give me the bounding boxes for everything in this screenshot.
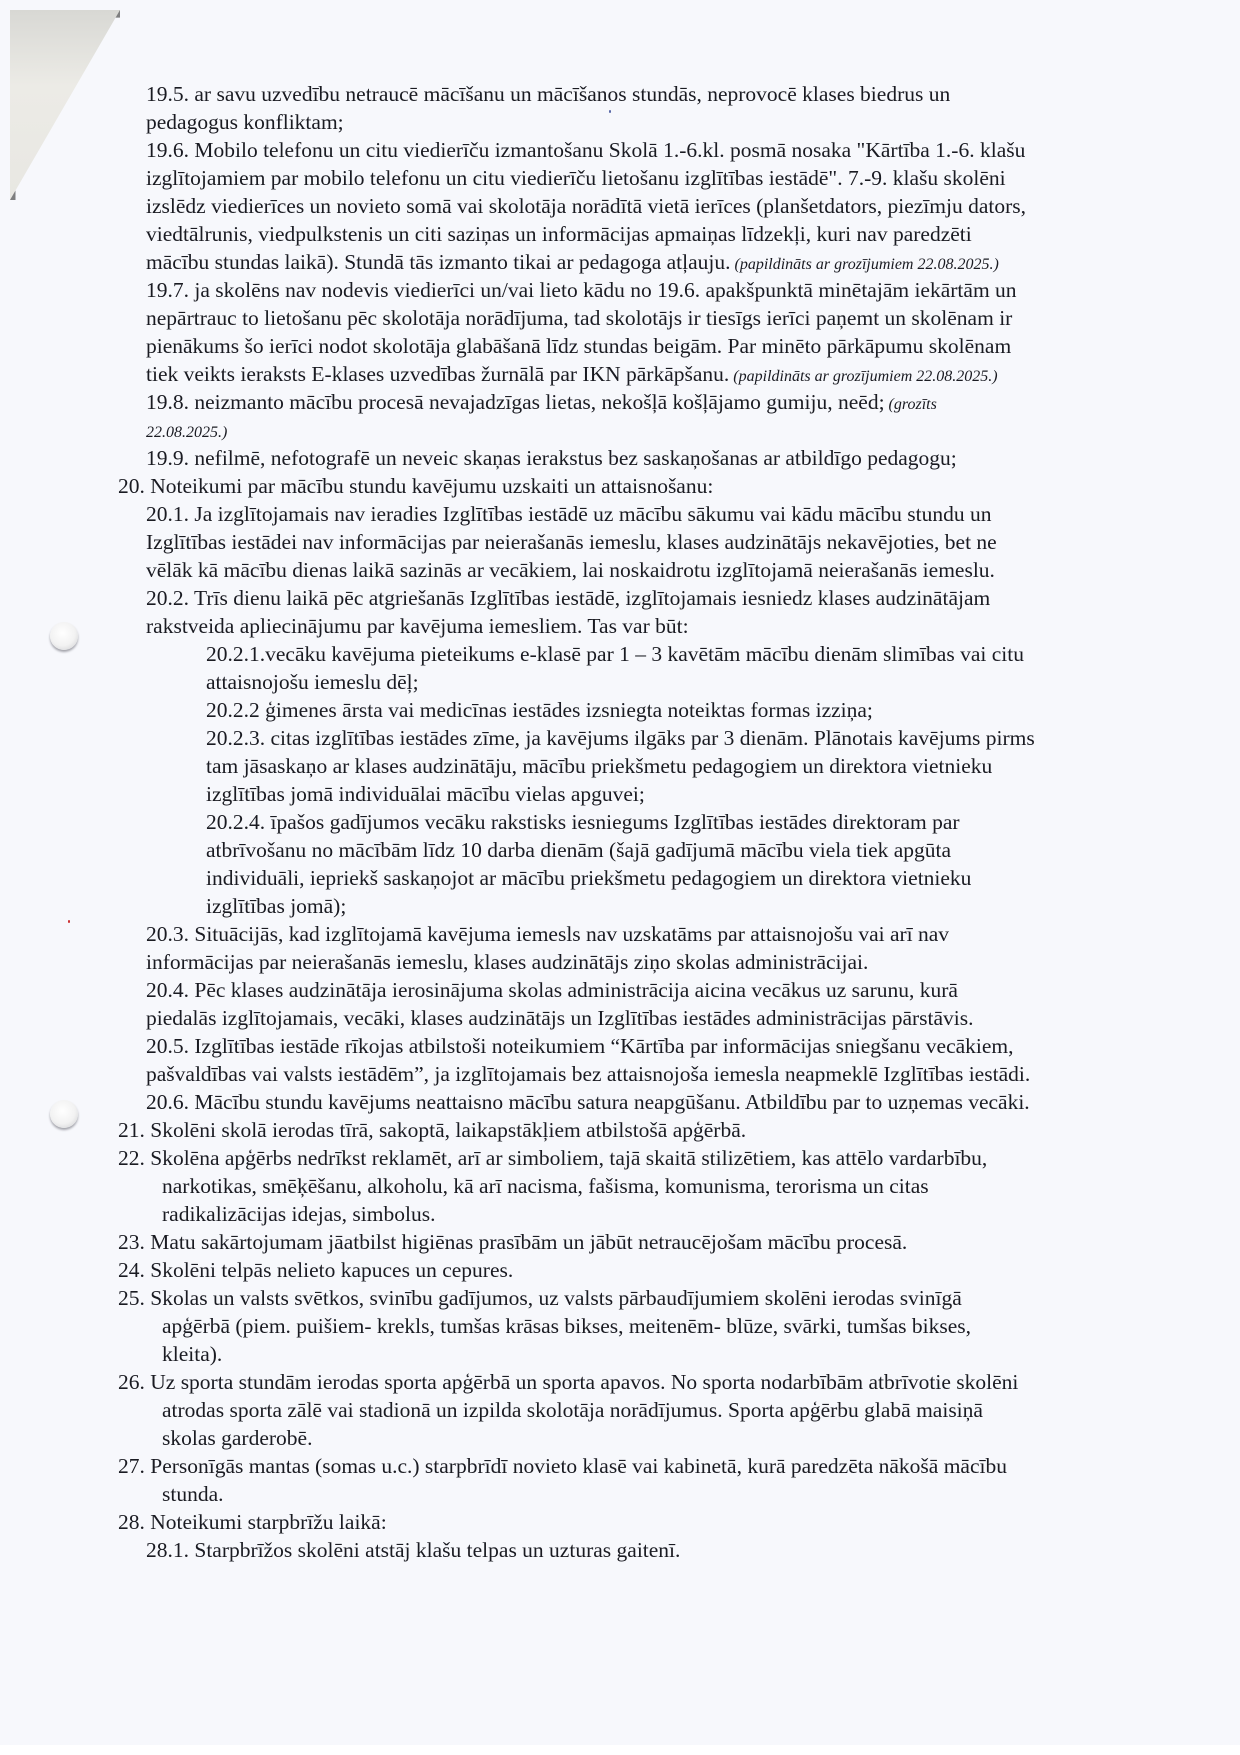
line-text: 24. Skolēni telpās nelieto kapuces un ce…	[118, 1258, 513, 1282]
text-line: 25. Skolas un valsts svētkos, svinību ga…	[118, 1284, 962, 1312]
text-line: 20.2.3. citas izglītības iestādes zīme, …	[206, 724, 1035, 752]
line-text: atrodas sporta zālē vai stadionā un izpi…	[162, 1398, 983, 1422]
line-text: pienākums šo ierīci nodot skolotāja glab…	[146, 334, 1011, 358]
line-text: tam jāsaskaņo ar klases audzinātāju, māc…	[206, 754, 992, 778]
text-line: izglītojamiem par mobilo telefonu un cit…	[146, 164, 1006, 192]
line-text: pašvaldības vai valsts iestādēm”, ja izg…	[146, 1062, 1030, 1086]
text-line: 22.08.2025.)	[146, 416, 227, 444]
line-text: radikalizācijas idejas, simbolus.	[162, 1202, 435, 1226]
line-text: 28. Noteikumi starpbrīžu laikā:	[118, 1510, 387, 1534]
text-line: 27. Personīgās mantas (somas u.c.) starp…	[118, 1452, 1007, 1480]
text-line: narkotikas, smēķēšanu, alkoholu, kā arī …	[162, 1172, 929, 1200]
line-text: 28.1. Starpbrīžos skolēni atstāj klašu t…	[146, 1538, 680, 1562]
line-text: attaisnojošu iemeslu dēļ;	[206, 670, 419, 694]
line-text: piedalās izglītojamais, vecāki, klases a…	[146, 1006, 974, 1030]
text-line: 22. Skolēna apģērbs nedrīkst reklamēt, a…	[118, 1144, 987, 1172]
line-text: mācību stundas laikā). Stundā tās izmant…	[146, 250, 731, 274]
text-line: pašvaldības vai valsts iestādēm”, ja izg…	[146, 1060, 1030, 1088]
line-text: 25. Skolas un valsts svētkos, svinību ga…	[118, 1286, 962, 1310]
text-line: nepārtrauc to lietošanu pēc skolotāja no…	[146, 304, 1012, 332]
amendment-note: (papildināts ar grozījumiem 22.08.2025.)	[731, 256, 999, 273]
line-text: individuāli, iepriekš saskaņojot ar mācī…	[206, 866, 971, 890]
line-text: 19.6. Mobilo telefonu un citu viedierīču…	[146, 138, 1025, 162]
line-text: 19.5. ar savu uzvedību netraucē mācīšanu…	[146, 82, 950, 106]
line-text: 20.2.4. īpašos gadījumos vecāku rakstisk…	[206, 810, 960, 834]
line-text: 20.2.1.vecāku kavējuma pieteikums e-klas…	[206, 642, 1024, 666]
line-text: skolas garderobē.	[162, 1426, 312, 1450]
line-text: apģērbā (piem. puišiem- krekls, tumšas k…	[162, 1314, 971, 1338]
text-line: 20.3. Situācijās, kad izglītojamā kavēju…	[146, 920, 949, 948]
text-line: skolas garderobē.	[162, 1424, 312, 1452]
text-line: 20.1. Ja izglītojamais nav ieradies Izgl…	[146, 500, 991, 528]
text-line: 23. Matu sakārtojumam jāatbilst higiēnas…	[118, 1228, 907, 1256]
line-text: pedagogus konfliktam;	[146, 110, 344, 134]
text-line: 19.7. ja skolēns nav nodevis viedierīci …	[146, 276, 1017, 304]
text-line: tam jāsaskaņo ar klases audzinātāju, māc…	[206, 752, 992, 780]
line-text: izglītības jomā);	[206, 894, 346, 918]
text-line: 19.9. nefilmē, nefotografē un neveic ska…	[146, 444, 957, 472]
line-text: 26. Uz sporta stundām ierodas sporta apģ…	[118, 1370, 1018, 1394]
line-text: informācijas par neierašanās iemeslu, kl…	[146, 950, 868, 974]
line-text: izslēdz viedierīces un novieto somā vai …	[146, 194, 1026, 218]
text-line: piedalās izglītojamais, vecāki, klases a…	[146, 1004, 974, 1032]
text-line: radikalizācijas idejas, simbolus.	[162, 1200, 435, 1228]
line-text: viedtālrunis, viedpulkstenis un citi saz…	[146, 222, 972, 246]
amendment-note: 22.08.2025.)	[146, 424, 227, 441]
text-line: mācību stundas laikā). Stundā tās izmant…	[146, 248, 999, 276]
line-text: izglītojamiem par mobilo telefonu un cit…	[146, 166, 1006, 190]
text-line: 24. Skolēni telpās nelieto kapuces un ce…	[118, 1256, 513, 1284]
text-line: Izglītības iestādei nav informācijas par…	[146, 528, 997, 556]
line-text: 22. Skolēna apģērbs nedrīkst reklamēt, a…	[118, 1146, 987, 1170]
text-line: 20.2.4. īpašos gadījumos vecāku rakstisk…	[206, 808, 960, 836]
line-text: 20.4. Pēc klases audzinātāja ierosinājum…	[146, 978, 958, 1002]
text-line: pienākums šo ierīci nodot skolotāja glab…	[146, 332, 1011, 360]
line-text: 20.2.3. citas izglītības iestādes zīme, …	[206, 726, 1035, 750]
line-text: narkotikas, smēķēšanu, alkoholu, kā arī …	[162, 1174, 929, 1198]
line-text: stunda.	[162, 1482, 224, 1506]
text-line: attaisnojošu iemeslu dēļ;	[206, 668, 419, 696]
text-line: rakstveida apliecinājumu par kavējuma ie…	[146, 612, 689, 640]
text-line: 21. Skolēni skolā ierodas tīrā, sakoptā,…	[118, 1116, 746, 1144]
line-text: 19.8. neizmanto mācību procesā nevajadzī…	[146, 390, 885, 414]
text-line: atbrīvošanu no mācībām līdz 10 darba die…	[206, 836, 951, 864]
text-line: 26. Uz sporta stundām ierodas sporta apģ…	[118, 1368, 1018, 1396]
line-text: atbrīvošanu no mācībām līdz 10 darba die…	[206, 838, 951, 862]
line-text: 20.2.2 ģimenes ārsta vai medicīnas iestā…	[206, 698, 873, 722]
text-line: 20.5. Izglītības iestāde rīkojas atbilst…	[146, 1032, 1014, 1060]
line-text: 19.7. ja skolēns nav nodevis viedierīci …	[146, 278, 1017, 302]
text-line: kleita).	[162, 1340, 222, 1368]
text-line: viedtālrunis, viedpulkstenis un citi saz…	[146, 220, 972, 248]
line-text: nepārtrauc to lietošanu pēc skolotāja no…	[146, 306, 1012, 330]
text-line: stunda.	[162, 1480, 224, 1508]
text-line: apģērbā (piem. puišiem- krekls, tumšas k…	[162, 1312, 971, 1340]
line-text: 20.2. Trīs dienu laikā pēc atgriešanās I…	[146, 586, 990, 610]
line-text: vēlāk kā mācību dienas laikā sazinās ar …	[146, 558, 995, 582]
line-text: Izglītības iestādei nav informācijas par…	[146, 530, 997, 554]
text-line: 19.6. Mobilo telefonu un citu viedierīču…	[146, 136, 1025, 164]
text-line: 20.2.2 ģimenes ārsta vai medicīnas iestā…	[206, 696, 873, 724]
text-line: izslēdz viedierīces un novieto somā vai …	[146, 192, 1026, 220]
text-line: 20.6. Mācību stundu kavējums neattaisno …	[146, 1088, 1030, 1116]
line-text: 27. Personīgās mantas (somas u.c.) starp…	[118, 1454, 1007, 1478]
line-text: kleita).	[162, 1342, 222, 1366]
text-line: 20.4. Pēc klases audzinātāja ierosinājum…	[146, 976, 958, 1004]
text-line: 19.8. neizmanto mācību procesā nevajadzī…	[146, 388, 937, 416]
line-text: 20. Noteikumi par mācību stundu kavējumu…	[118, 474, 713, 498]
line-text: 20.5. Izglītības iestāde rīkojas atbilst…	[146, 1034, 1014, 1058]
text-line: 20.2. Trīs dienu laikā pēc atgriešanās I…	[146, 584, 990, 612]
line-text: rakstveida apliecinājumu par kavējuma ie…	[146, 614, 689, 638]
text-line: vēlāk kā mācību dienas laikā sazinās ar …	[146, 556, 995, 584]
text-line: 20. Noteikumi par mācību stundu kavējumu…	[118, 472, 713, 500]
scanned-page: 19.5. ar savu uzvedību netraucē mācīšanu…	[0, 0, 1240, 1755]
text-line: 19.5. ar savu uzvedību netraucē mācīšanu…	[146, 80, 950, 108]
amendment-note: (papildināts ar grozījumiem 22.08.2025.)	[729, 368, 997, 385]
line-text: 20.1. Ja izglītojamais nav ieradies Izgl…	[146, 502, 991, 526]
text-line: informācijas par neierašanās iemeslu, kl…	[146, 948, 868, 976]
text-line: tiek veikts ieraksts E-klases uzvedības …	[146, 360, 998, 388]
amendment-note: (grozīts	[885, 396, 937, 413]
text-line: pedagogus konfliktam;	[146, 108, 344, 136]
line-text: 21. Skolēni skolā ierodas tīrā, sakoptā,…	[118, 1118, 746, 1142]
text-line: 28. Noteikumi starpbrīžu laikā:	[118, 1508, 387, 1536]
line-text: tiek veikts ieraksts E-klases uzvedības …	[146, 362, 729, 386]
line-text: izglītības jomā individuālai mācību viel…	[206, 782, 645, 806]
line-text: 19.9. nefilmē, nefotografē un neveic ska…	[146, 446, 957, 470]
text-line: izglītības jomā);	[206, 892, 346, 920]
line-text: 20.3. Situācijās, kad izglītojamā kavēju…	[146, 922, 949, 946]
document-body: 19.5. ar savu uzvedību netraucē mācīšanu…	[0, 0, 1240, 1755]
text-line: individuāli, iepriekš saskaņojot ar mācī…	[206, 864, 971, 892]
line-text: 23. Matu sakārtojumam jāatbilst higiēnas…	[118, 1230, 907, 1254]
text-line: izglītības jomā individuālai mācību viel…	[206, 780, 645, 808]
text-line: 20.2.1.vecāku kavējuma pieteikums e-klas…	[206, 640, 1024, 668]
text-line: 28.1. Starpbrīžos skolēni atstāj klašu t…	[146, 1536, 680, 1564]
line-text: 20.6. Mācību stundu kavējums neattaisno …	[146, 1090, 1030, 1114]
text-line: atrodas sporta zālē vai stadionā un izpi…	[162, 1396, 983, 1424]
